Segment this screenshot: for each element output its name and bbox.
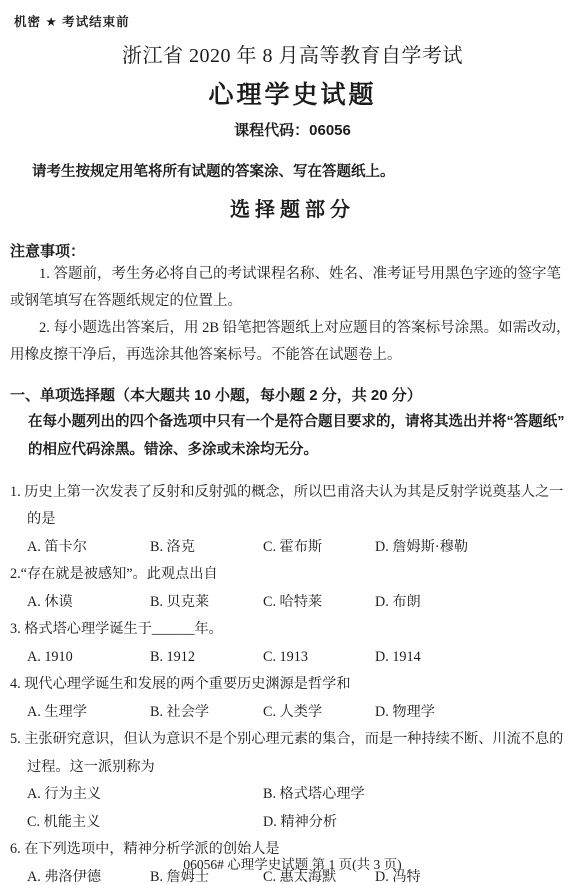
notice-item-1: 1. 答题前，考生务必将自己的考试课程名称、姓名、准考证号用黑色字迹的签字笔或钢…: [10, 261, 575, 315]
exam-subject-title: 心理学史试题: [10, 75, 575, 111]
question-5: 5. 主张研究意识，但认为意识不是个别心理元素的集合，而是一种持续不断、川流不息…: [10, 726, 575, 836]
question-options: A. 生理学 B. 社会学 C. 人类学 D. 物理学: [27, 699, 575, 727]
option-d: D. 1914: [375, 644, 575, 672]
option-b: B. 1912: [150, 644, 263, 672]
question-options: A. 休谟 B. 贝克莱 C. 哈特莱 D. 布朗: [27, 589, 575, 617]
option-a: A. 1910: [27, 644, 150, 672]
question-text: 2.“存在就是被感知”。此观点出自: [10, 561, 575, 589]
classification-banner: 机密 ★ 考试结束前: [10, 12, 575, 30]
option-b: B. 洛克: [150, 534, 263, 562]
question-2: 2.“存在就是被感知”。此观点出自 A. 休谟 B. 贝克莱 C. 哈特莱 D.…: [10, 561, 575, 616]
option-d: D. 詹姆斯·穆勒: [375, 534, 575, 562]
option-c: C. 哈特莱: [263, 589, 375, 617]
question-options: A. 1910 B. 1912 C. 1913 D. 1914: [27, 644, 575, 672]
option-d: D. 精神分析: [263, 809, 575, 837]
section-header-multiple-choice: 选择题部分: [10, 193, 575, 222]
option-b: B. 格式塔心理学: [263, 781, 575, 809]
course-code: 课程代码：06056: [10, 119, 575, 140]
question-options: A. 笛卡尔 B. 洛克 C. 霍布斯 D. 詹姆斯·穆勒: [27, 534, 575, 562]
question-1: 1. 历史上第一次发表了反射和反射弧的概念，所以巴甫洛夫认为其是反射学说奠基人之…: [10, 479, 575, 562]
question-options: A. 行为主义 B. 格式塔心理学 C. 机能主义 D. 精神分析: [27, 781, 575, 836]
option-c: C. 霍布斯: [263, 534, 375, 562]
option-c: C. 人类学: [263, 699, 375, 727]
question-4: 4. 现代心理学诞生和发展的两个重要历史渊源是哲学和 A. 生理学 B. 社会学…: [10, 671, 575, 726]
option-c: C. 1913: [263, 644, 375, 672]
option-a: A. 笛卡尔: [27, 534, 150, 562]
option-c: C. 机能主义: [27, 809, 263, 837]
option-a: A. 行为主义: [27, 781, 263, 809]
option-d: D. 物理学: [375, 699, 575, 727]
part-one-title: 一、单项选择题（本大题共 10 小题，每小题 2 分，共 20 分）: [10, 382, 575, 409]
option-b: B. 贝克莱: [150, 589, 263, 617]
option-a: A. 休谟: [27, 589, 150, 617]
question-text: 1. 历史上第一次发表了反射和反射弧的概念，所以巴甫洛夫认为其是反射学说奠基人之…: [10, 479, 575, 534]
question-text: 4. 现代心理学诞生和发展的两个重要历史渊源是哲学和: [10, 671, 575, 699]
notice-title: 注意事项：: [10, 240, 575, 261]
part-one-instruction: 在每小题列出的四个备选项中只有一个是符合题目要求的，请将其选出并将“答题纸”的相…: [28, 409, 575, 464]
question-3: 3. 格式塔心理学诞生于______年。 A. 1910 B. 1912 C. …: [10, 616, 575, 671]
exam-session-title: 浙江省 2020 年 8 月高等教育自学考试: [10, 39, 575, 68]
question-text: 5. 主张研究意识，但认为意识不是个别心理元素的集合，而是一种持续不断、川流不息…: [10, 726, 575, 781]
option-a: A. 生理学: [27, 699, 150, 727]
option-b: B. 社会学: [150, 699, 263, 727]
page-footer: 06056# 心理学史试题 第 1 页(共 3 页): [0, 853, 585, 873]
answer-sheet-instruction: 请考生按规定用笔将所有试题的答案涂、写在答题纸上。: [10, 160, 575, 181]
notice-item-2: 2. 每小题选出答案后，用 2B 铅笔把答题纸上对应题目的答案标号涂黑。如需改动…: [10, 315, 575, 369]
option-d: D. 布朗: [375, 589, 575, 617]
question-text: 3. 格式塔心理学诞生于______年。: [10, 616, 575, 644]
exam-paper-page: 机密 ★ 考试结束前 浙江省 2020 年 8 月高等教育自学考试 心理学史试题…: [0, 0, 585, 885]
